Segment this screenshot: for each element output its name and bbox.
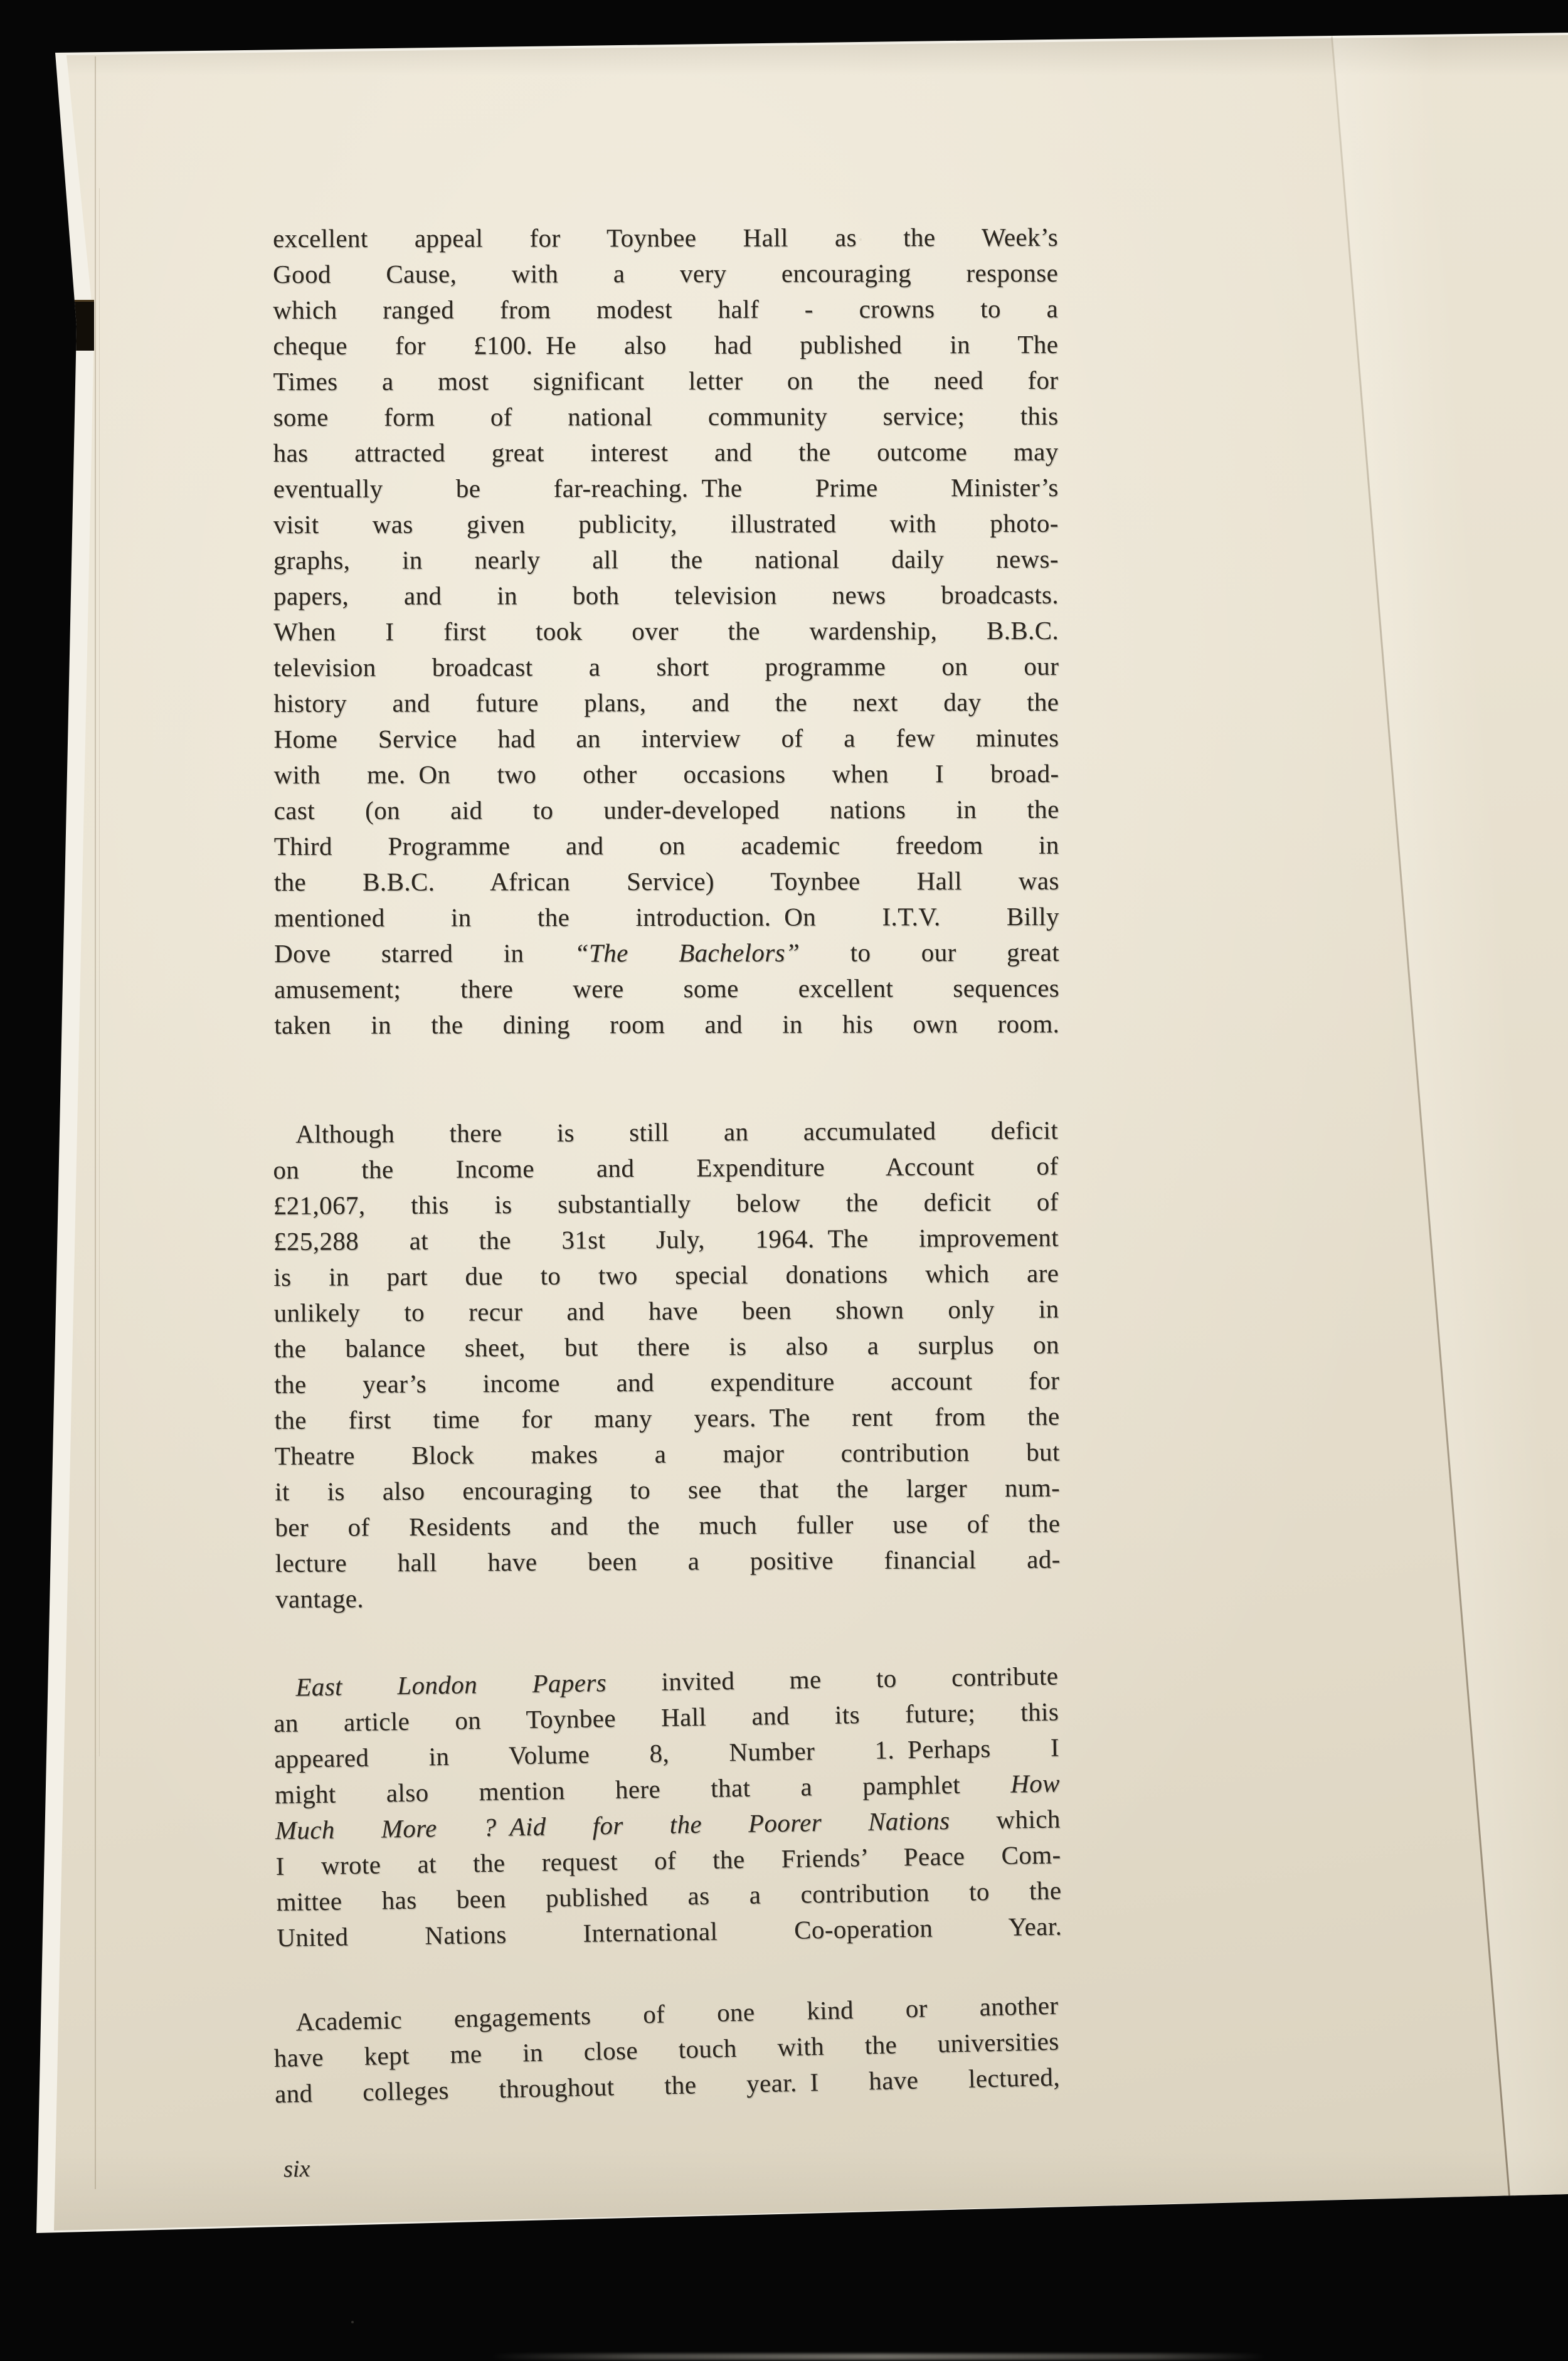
text-line: papers, and in both television news broa…: [273, 577, 1059, 614]
text-line: cast (on aid to under-developed nations …: [274, 792, 1059, 829]
text-segment: the first time for many years. The rent …: [274, 1401, 1059, 1435]
text-line: When I first took over the wardenship, B…: [273, 613, 1059, 650]
text-line: the balance sheet, but there is also a s…: [274, 1327, 1059, 1367]
text-line: eventually be far-reaching. The Prime Mi…: [273, 470, 1059, 507]
text-segment: the year’s income and expenditure accoun…: [274, 1366, 1059, 1399]
text-segment: unlikely to recur and have been shown on…: [274, 1294, 1059, 1327]
text-segment: lecture hall have been a positive financ…: [275, 1544, 1061, 1578]
page-stack-edge-line: [99, 188, 100, 1756]
text-segment: it is also encouraging to see that the l…: [275, 1473, 1060, 1506]
text-segment: which ranged from modest half - crowns t…: [273, 294, 1058, 324]
text-segment: cast (on aid to under-developed nations …: [274, 795, 1059, 825]
text-line: excellent appeal for Toynbee Hall as the…: [273, 220, 1058, 257]
text-line: amusement; there were some excellent seq…: [274, 970, 1059, 1007]
text-segment: history and future plans, and the next d…: [273, 687, 1059, 718]
text-segment: on the Income and Expenditure Account of: [273, 1151, 1058, 1184]
text-segment: is in part due to two special donations …: [273, 1258, 1059, 1292]
text-segment: taken in the dining room and in his own …: [274, 1009, 1059, 1039]
book-page: excellent appeal for Toynbee Hall as the…: [0, 0, 1568, 2361]
text-segment: excellent appeal for Toynbee Hall as the…: [273, 223, 1058, 253]
text-segment: television broadcast a short programme o…: [273, 652, 1059, 682]
text-segment: amusement; there were some excellent seq…: [274, 974, 1059, 1004]
book-photo: { "page": { "page_number": "six", "color…: [0, 0, 1568, 2361]
text-segment: mentioned in the introduction. On I.T.V.…: [274, 902, 1059, 932]
text-segment: Third Programme and on academic freedom …: [274, 830, 1059, 861]
text-segment: the balance sheet, but there is also a s…: [274, 1330, 1059, 1363]
text-segment: invited me to contribute: [607, 1661, 1059, 1697]
text-block: excellent appeal for Toynbee Hall as the…: [273, 0, 1058, 2361]
text-line: lecture hall have been a positive financ…: [275, 1541, 1061, 1581]
text-segment: £21,067, this is substantially below the…: [273, 1187, 1059, 1220]
italic-text-segment: Much More ? Aid for the Poorer Nations: [275, 1806, 950, 1845]
text-segment: which: [950, 1804, 1061, 1835]
text-segment: Times a most significant letter on the n…: [273, 366, 1058, 396]
text-line: vantage.: [275, 1577, 1061, 1617]
text-line: some form of national community service;…: [273, 398, 1058, 435]
text-segment: Although there is still an accumulated d…: [295, 1115, 1058, 1148]
text-segment: Dove starred in: [274, 938, 575, 968]
text-line: Home Service had an interview of a few m…: [273, 720, 1059, 757]
dust-speck: [859, 238, 862, 241]
text-segment: papers, and in both television news broa…: [273, 580, 1059, 610]
dust-speck: [351, 2321, 354, 2323]
text-segment: When I first took over the wardenship, B…: [273, 616, 1059, 646]
text-line: visit was given publicity, illustrated w…: [273, 506, 1059, 543]
paragraph-2: Although there is still an accumulated d…: [273, 1112, 1061, 1617]
text-line: the year’s income and expenditure accoun…: [274, 1362, 1059, 1403]
page-stack-edge-line: [95, 56, 96, 2189]
text-line: Dove starred in “The Bachelors” to our g…: [274, 935, 1059, 972]
text-line: the B.B.C. African Service) Toynbee Hall…: [274, 863, 1059, 900]
text-line: Times a most significant letter on the n…: [273, 363, 1058, 400]
text-segment: some form of national community service;…: [273, 401, 1059, 432]
paragraph-4: Academic engagements of one kind or anot…: [273, 1988, 1060, 2112]
text-segment: with me. On two other occasions when I b…: [274, 759, 1059, 789]
text-line: on the Income and Expenditure Account of: [273, 1148, 1058, 1188]
text-segment: cheque for £100. He also had published i…: [273, 330, 1058, 360]
text-line: the first time for many years. The rent …: [274, 1398, 1059, 1438]
text-line: ber of Residents and the much fuller use…: [275, 1505, 1060, 1546]
text-segment: £25,288 at the 31st July, 1964. The impr…: [273, 1223, 1059, 1256]
text-segment: graphs, in nearly all the national daily…: [273, 544, 1059, 575]
text-segment: eventually be far-reaching. The Prime Mi…: [273, 473, 1059, 503]
text-line: television broadcast a short programme o…: [273, 649, 1059, 686]
italic-text-segment: East London Papers: [295, 1668, 607, 1701]
text-line: Good Cause, with a very encouraging resp…: [273, 255, 1058, 292]
paragraph-3: East London Papers invited me to contrib…: [273, 1658, 1062, 1956]
paragraph-1: excellent appeal for Toynbee Hall as the…: [273, 220, 1059, 1043]
text-segment: visit was given publicity, illustrated w…: [273, 509, 1059, 539]
text-line: £25,288 at the 31st July, 1964. The impr…: [273, 1219, 1059, 1260]
italic-text-segment: How: [1010, 1768, 1060, 1798]
table-edge-highlight: [489, 2353, 1267, 2360]
page-number: six: [283, 2155, 310, 2183]
text-line: history and future plans, and the next d…: [273, 684, 1059, 721]
text-segment: Theatre Block makes a major contribution…: [275, 1437, 1060, 1470]
text-line: is in part due to two special donations …: [273, 1255, 1059, 1295]
text-segment: Home Service had an interview of a few m…: [273, 723, 1059, 753]
text-segment: Good Cause, with a very encouraging resp…: [273, 258, 1058, 289]
text-line: mentioned in the introduction. On I.T.V.…: [274, 899, 1059, 936]
text-line: with me. On two other occasions when I b…: [273, 756, 1059, 793]
text-line: has attracted great interest and the out…: [273, 434, 1059, 471]
text-segment: the B.B.C. African Service) Toynbee Hall…: [274, 866, 1059, 896]
text-line: Third Programme and on academic freedom …: [274, 827, 1059, 864]
text-line: taken in the dining room and in his own …: [274, 1006, 1059, 1043]
text-line: which ranged from modest half - crowns t…: [273, 291, 1058, 328]
text-line: it is also encouraging to see that the l…: [275, 1470, 1060, 1510]
text-line: unlikely to recur and have been shown on…: [273, 1291, 1059, 1331]
bookmark-notch: [73, 300, 94, 351]
italic-text-segment: “The Bachelors”: [575, 938, 800, 968]
text-line: Theatre Block makes a major contribution…: [275, 1434, 1060, 1474]
text-line: £21,067, this is substantially below the…: [273, 1184, 1059, 1224]
text-segment: ber of Residents and the much fuller use…: [275, 1509, 1060, 1542]
text-segment: to our great: [800, 938, 1059, 967]
text-line: graphs, in nearly all the national daily…: [273, 541, 1059, 578]
text-segment: vantage.: [275, 1584, 364, 1613]
text-line: cheque for £100. He also had published i…: [273, 327, 1058, 364]
text-segment: has attracted great interest and the out…: [273, 437, 1059, 467]
text-line: Although there is still an accumulated d…: [273, 1112, 1058, 1152]
